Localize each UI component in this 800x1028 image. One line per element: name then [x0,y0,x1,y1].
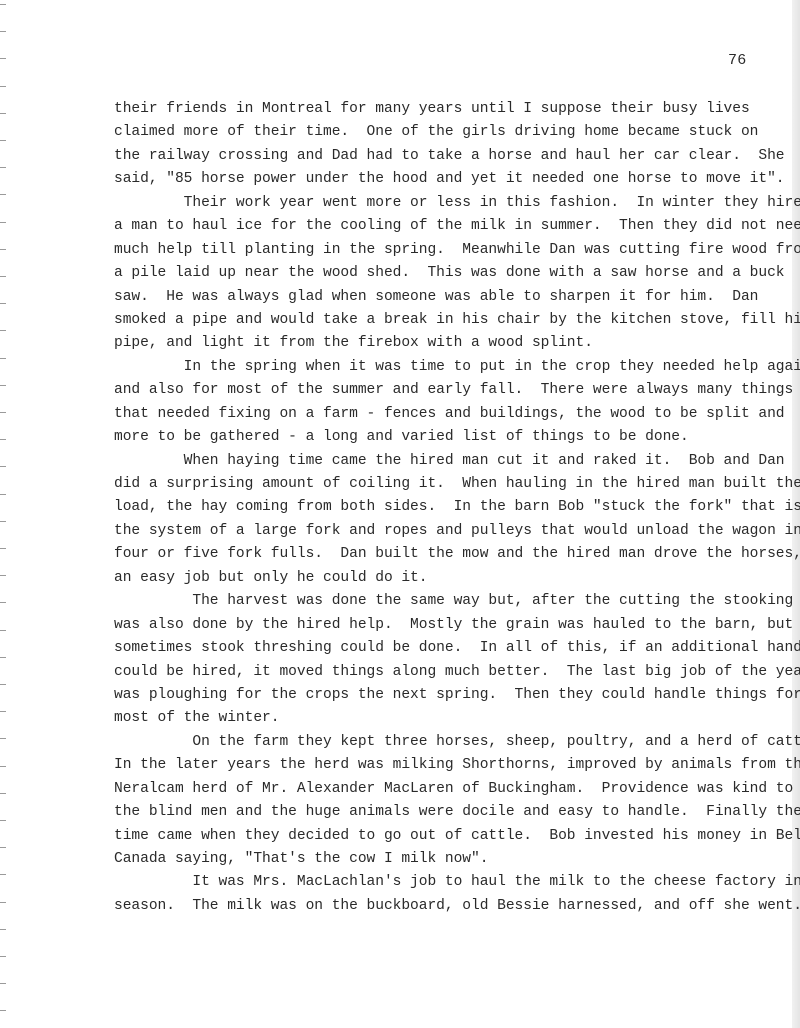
text-line: a pile laid up near the wood shed. This … [114,262,794,285]
text-line: saw. He was always glad when someone was… [114,286,794,309]
edge-tick [0,929,6,930]
edge-tick [0,466,6,467]
edge-tick [0,439,6,440]
edge-tick [0,167,6,168]
text-line: that needed fixing on a farm - fences an… [114,403,794,426]
edge-tick [0,711,6,712]
edge-tick [0,330,6,331]
left-edge-ticks [0,0,10,1028]
text-line: sometimes stook threshing could be done.… [114,637,794,660]
edge-tick [0,385,6,386]
page-number: 76 [728,52,747,69]
edge-tick [0,4,6,5]
text-line: much help till planting in the spring. M… [114,239,794,262]
text-line: The harvest was done the same way but, a… [114,590,794,613]
text-line: four or five fork fulls. Dan built the m… [114,543,794,566]
document-body: their friends in Montreal for many years… [114,98,794,918]
text-line: was also done by the hired help. Mostly … [114,614,794,637]
text-line: It was Mrs. MacLachlan's job to haul the… [114,871,794,894]
text-line: an easy job but only he could do it. [114,567,794,590]
text-line: season. The milk was on the buckboard, o… [114,895,794,918]
edge-tick [0,902,6,903]
text-line: was ploughing for the crops the next spr… [114,684,794,707]
edge-tick [0,847,6,848]
edge-tick [0,874,6,875]
text-line: smoked a pipe and would take a break in … [114,309,794,332]
edge-tick [0,983,6,984]
text-line: time came when they decided to go out of… [114,825,794,848]
edge-tick [0,113,6,114]
text-line: When haying time came the hired man cut … [114,450,794,473]
edge-tick [0,249,6,250]
text-line: In the later years the herd was milking … [114,754,794,777]
text-line: more to be gathered - a long and varied … [114,426,794,449]
edge-tick [0,956,6,957]
edge-tick [0,548,6,549]
edge-tick [0,276,6,277]
edge-tick [0,575,6,576]
edge-tick [0,222,6,223]
text-line: did a surprising amount of coiling it. W… [114,473,794,496]
edge-tick [0,194,6,195]
text-line: On the farm they kept three horses, shee… [114,731,794,754]
text-line: Their work year went more or less in thi… [114,192,794,215]
text-line: and also for most of the summer and earl… [114,379,794,402]
text-line: the blind men and the huge animals were … [114,801,794,824]
edge-tick [0,303,6,304]
edge-tick [0,820,6,821]
text-line: the system of a large fork and ropes and… [114,520,794,543]
edge-tick [0,58,6,59]
text-line: could be hired, it moved things along mu… [114,661,794,684]
text-line: claimed more of their time. One of the g… [114,121,794,144]
edge-tick [0,140,6,141]
text-line: said, "85 horse power under the hood and… [114,168,794,191]
edge-tick [0,1010,6,1011]
text-line: In the spring when it was time to put in… [114,356,794,379]
edge-tick [0,738,6,739]
text-line: pipe, and light it from the firebox with… [114,332,794,355]
text-line: load, the hay coming from both sides. In… [114,496,794,519]
edge-tick [0,358,6,359]
edge-tick [0,86,6,87]
text-line: the railway crossing and Dad had to take… [114,145,794,168]
edge-tick [0,793,6,794]
edge-tick [0,630,6,631]
edge-tick [0,766,6,767]
edge-tick [0,602,6,603]
edge-tick [0,521,6,522]
edge-tick [0,494,6,495]
edge-tick [0,684,6,685]
text-line: Canada saying, "That's the cow I milk no… [114,848,794,871]
edge-tick [0,31,6,32]
edge-tick [0,657,6,658]
edge-tick [0,412,6,413]
text-line: their friends in Montreal for many years… [114,98,794,121]
text-line: most of the winter. [114,707,794,730]
text-line: a man to haul ice for the cooling of the… [114,215,794,238]
text-line: Neralcam herd of Mr. Alexander MacLaren … [114,778,794,801]
